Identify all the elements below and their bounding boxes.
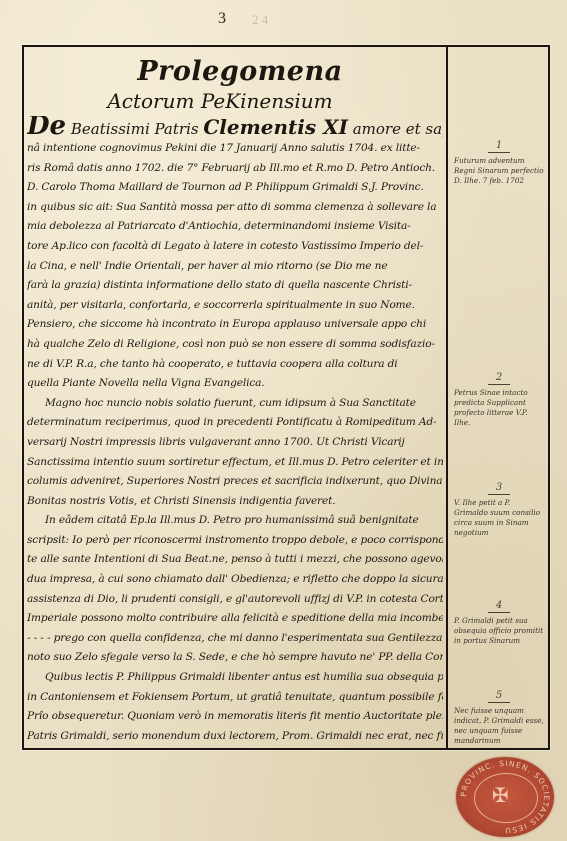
note-text: Futurum adventum Regni Sinarum perfectio… (454, 156, 544, 186)
text-line: Sanctissima intentio suum sortiretur eff… (27, 453, 443, 473)
margin-note: 4 P. Grimaldi petit sua obsequia officio… (454, 600, 544, 646)
note-rule (488, 612, 510, 613)
paragraph-2: Magno hoc nuncio nobis solatio fuerunt, … (27, 394, 443, 512)
text-line: In eâdem citatâ Ep.la Ill.mus D. Petro p… (27, 511, 443, 531)
note-number: 2 (454, 372, 544, 384)
text-line: ris Româ datis anno 1702. die 7° Februar… (27, 159, 443, 179)
text-line: in Cantoniensem et Fokiensem Portum, ut … (27, 688, 443, 708)
text-line: dua impresa, à cui sono chiamato dall' O… (27, 570, 443, 590)
note-rule (488, 152, 510, 153)
text-line: Bonitas nostris Votis, et Christi Sinens… (27, 492, 443, 512)
note-rule (488, 494, 510, 495)
text-line: Imperiale possono molto contribuire alla… (27, 609, 443, 629)
text-line: determinatum reciperimus, quod in preced… (27, 413, 443, 433)
note-text: P. Grimaldi petit sua obsequia officio p… (454, 616, 544, 646)
text-line: farà la grazia) distinta informatione de… (27, 276, 443, 296)
note-text: Nec fuisse unquam indicat, P. Grimaldi e… (454, 706, 544, 746)
text-line: Pensiero, che siccome hà incontrato in E… (27, 315, 443, 335)
note-number: 4 (454, 600, 544, 612)
text-line: hà qualche Zelo di Religione, così non p… (27, 335, 443, 355)
text-line: D. Carolo Thoma Maillard de Tournon ad P… (27, 178, 443, 198)
note-text: Petrus Sinae intacto predicta Supplicant… (454, 388, 544, 428)
text-line: mia debolezza al Patriarcato d'Antiochia… (27, 217, 443, 237)
incipit-initial: De (27, 116, 66, 139)
incipit-pre: Beatissimi Patris (66, 120, 203, 138)
text-line: versarij Nostri impressis libris vulgave… (27, 433, 443, 453)
text-line: anità, per visitarla, confortarla, e soc… (27, 296, 443, 316)
paragraph-1: nâ intentione cognovimus Pekini die 17 J… (27, 139, 443, 394)
text-line: assistenza di Dio, li prudenti consigli,… (27, 590, 443, 610)
note-rule (488, 702, 510, 703)
note-number: 3 (454, 482, 544, 494)
text-line: Prîo obsequeretur. Quoniam verò in memor… (27, 707, 443, 727)
margin-note: 3 V. Ilhe petit a P. Grimaldo suum consi… (454, 482, 544, 538)
text-line: columis adveniret, Superiores Nostri pre… (27, 472, 443, 492)
text-line: Quibus lectis P. Philippus Grimaldi libe… (27, 668, 443, 688)
text-line: tore Ap.lico con facoltà di Legato à lat… (27, 237, 443, 257)
incipit-line: De Beatissimi Patris Clementis XI amore … (27, 116, 443, 139)
text-line: Magno hoc nuncio nobis solatio fuerunt, … (27, 394, 443, 414)
cross-emblem-icon: ✠ (492, 785, 509, 805)
page-title: Prolegomena (27, 56, 443, 88)
wax-seal: PROVINC. SINEN. SOCIETATIS IESU ✠ (456, 757, 554, 837)
note-number: 1 (454, 140, 544, 152)
margin-notes-column: 1 Futurum adventum Regni Sinarum perfect… (450, 52, 548, 746)
text-line: ne di V.P. R.a, che tanto hà cooperato, … (27, 355, 443, 375)
margin-note: 5 Nec fuisse unquam indicat, P. Grimaldi… (454, 690, 544, 746)
text-line: scripsit: Io però per riconoscermi instr… (27, 531, 443, 551)
text-line: te alle sante Intentioni di Sua Beat.ne,… (27, 550, 443, 570)
main-text-column: Prolegomena Actorum PeKinensium De Beati… (27, 52, 443, 746)
text-line: nâ intentione cognovimus Pekini die 17 J… (27, 139, 443, 159)
paragraph-4: Quibus lectis P. Philippus Grimaldi libe… (27, 668, 443, 746)
margin-note: 2 Petrus Sinae intacto predicta Supplica… (454, 372, 544, 428)
text-line: noto suo Zelo sfegale verso la S. Sede, … (27, 648, 443, 668)
text-line: quella Piante Novella nella Vigna Evange… (27, 374, 443, 394)
folio-faint-mark: 2 4 (252, 12, 268, 28)
text-line: in quibus sic ait: Sua Santità mossa per… (27, 198, 443, 218)
margin-divider (446, 45, 448, 750)
note-number: 5 (454, 690, 544, 702)
note-rule (488, 384, 510, 385)
text-line: - - - - prego con quella confidenza, che… (27, 629, 443, 649)
folio-number: 3 (218, 10, 226, 28)
incipit-post: amore et sapientia ple- (348, 120, 443, 138)
incipit-pope-name: Clementis XI (203, 116, 348, 139)
page-subtitle: Actorum PeKinensium (27, 88, 443, 114)
margin-note: 1 Futurum adventum Regni Sinarum perfect… (454, 140, 544, 186)
paragraph-3: In eâdem citatâ Ep.la Ill.mus D. Petro p… (27, 511, 443, 668)
text-line: la Cina, e nell' Indie Orientali, per ha… (27, 257, 443, 277)
text-line: Patris Grimaldi, serio monendum duxi lec… (27, 727, 443, 746)
note-text: V. Ilhe petit a P. Grimaldo suum consili… (454, 498, 544, 538)
